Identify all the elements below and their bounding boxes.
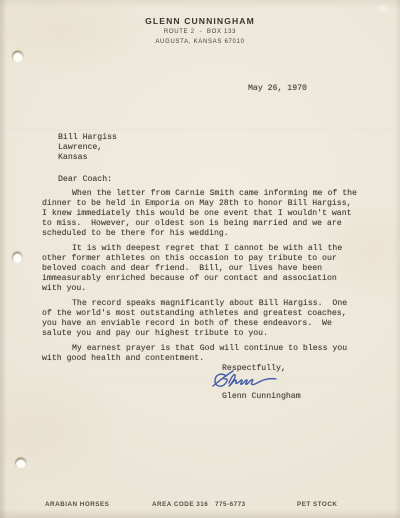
handwritten-signature (212, 368, 278, 394)
letterhead-address: ROUTE 2 - BOX 133 (0, 29, 400, 35)
footer-pet-stock: PET STOCK (297, 501, 337, 508)
paragraph: My earnest prayer is that God will conti… (42, 344, 374, 364)
recipient-state: Kansas (58, 153, 117, 163)
recipient-city: Lawrence, (58, 143, 117, 153)
letter-date: May 26, 1970 (248, 84, 307, 94)
paper-crease (0, 377, 400, 379)
letterhead-name: GLENN CUNNINGHAM (0, 16, 400, 26)
letterhead: GLENN CUNNINGHAM ROUTE 2 - BOX 133 AUGUS… (0, 16, 400, 45)
paper-crease (0, 128, 400, 130)
paragraph: When the letter from Carnie Smith came i… (42, 189, 374, 239)
salutation: Dear Coach: (58, 175, 112, 185)
paragraph: The record speaks magnificantly about Bi… (42, 299, 374, 339)
scanned-letter: GLENN CUNNINGHAM ROUTE 2 - BOX 133 AUGUS… (0, 0, 400, 518)
punch-hole (13, 52, 23, 62)
footer-arabian-horses: ARABIAN HORSES (45, 501, 109, 508)
typed-signature-name: Glenn Cunningham (222, 392, 301, 402)
punch-hole (16, 459, 26, 468)
recipient-name: Bill Hargiss (58, 133, 117, 143)
letter-body: When the letter from Carnie Smith came i… (42, 189, 374, 364)
footer-phone: AREA CODE 316 775-6773 (152, 501, 246, 508)
punch-hole (13, 253, 22, 263)
letterhead-city: AUGUSTA, KANSAS 67010 (0, 39, 400, 45)
recipient-address: Bill Hargiss Lawrence, Kansas (58, 133, 117, 162)
paragraph: It is with deepest regret that I cannot … (42, 244, 374, 294)
